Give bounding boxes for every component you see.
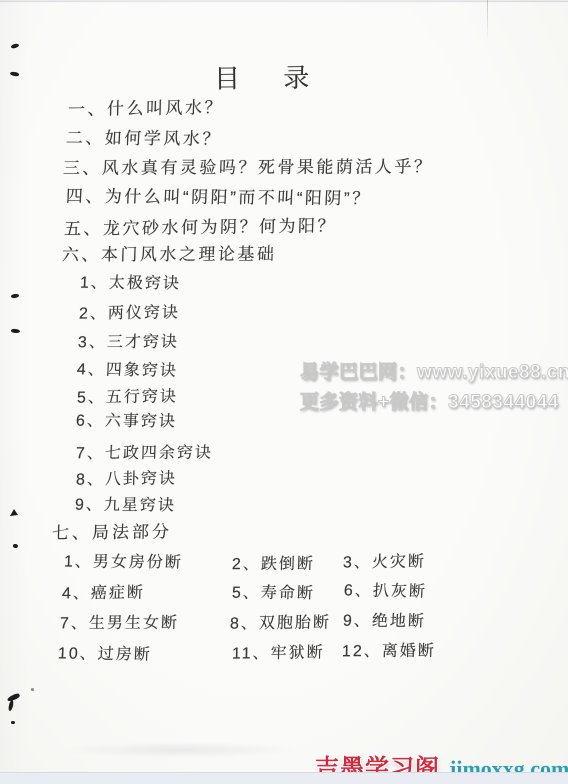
- scanned-notebook-page: 目 录 一、什么叫风水？ 二、如何学风水？ 三、风水真有灵验吗？死骨果能荫活人乎…: [0, 0, 568, 784]
- ink-speck: [13, 544, 18, 548]
- toc-main-item-2: 二、如何学风水？: [65, 123, 222, 149]
- toc-main-item-4: 四、为什么叫“阴阳”而不叫“阳阴”？: [65, 182, 372, 209]
- judgment-item-2: 2、跌倒断: [232, 551, 316, 574]
- judgment-item-12: 12、离婚断: [342, 638, 437, 661]
- formula-item-2: 2、两仪窍诀: [79, 299, 180, 323]
- toc-main-item-5: 五、龙穴砂水何为阴？何为阳？: [64, 211, 338, 239]
- formula-item-7: 7、七政四余窍诀: [76, 440, 214, 464]
- center-watermark: 易学巴巴网：www.yixue88.cn 更多资料+微信：3458344044: [300, 358, 568, 418]
- ink-speck: [7, 693, 21, 703]
- formula-item-1: 1、太极窍诀: [80, 270, 182, 294]
- formula-item-4: 4、四象窍诀: [76, 356, 178, 380]
- scanner-edge-strip: [0, 772, 568, 784]
- right-crease: [487, 0, 488, 42]
- judgment-item-6: 6、扒灰断: [343, 577, 427, 601]
- section-header: 七、局法部分: [52, 517, 173, 543]
- ink-speck: [11, 293, 20, 298]
- judgment-item-5: 5、寿命断: [232, 580, 316, 604]
- judgment-item-11: 11、牢狱断: [232, 639, 325, 663]
- ink-speck: [11, 43, 20, 49]
- ink-speck: [11, 329, 20, 334]
- page-title: 目 录: [214, 57, 328, 95]
- scan-shadow: [60, 742, 300, 758]
- formula-item-3: 3、三才窍诀: [78, 329, 180, 352]
- formula-item-8: 8、八卦窍诀: [76, 465, 177, 489]
- judgment-item-4: 4、癌症断: [62, 579, 145, 603]
- judgment-item-3: 3、火灾断: [343, 548, 426, 572]
- formula-item-5: 5、五行窍诀: [77, 383, 178, 407]
- judgment-item-8: 8、双胞胎断: [230, 609, 331, 633]
- toc-main-item-3: 三、风水真有灵验吗？死骨果能荫活人乎？: [63, 152, 434, 179]
- watermark-site-line: 易学巴巴网：www.yixue88.cn: [300, 358, 568, 388]
- ink-speck: [31, 688, 34, 691]
- judgment-item-10: 10、过房断: [57, 640, 152, 664]
- top-crease: [0, 1, 568, 2]
- toc-main-item-6: 六、本门风水之理论基础: [62, 240, 277, 266]
- watermark-wechat-line: 更多资料+微信：3458344044: [300, 388, 568, 418]
- ink-speck: [10, 71, 20, 77]
- judgment-item-7: 7、生男生女断: [60, 610, 180, 634]
- judgment-item-9: 9、绝地断: [343, 608, 427, 632]
- ink-speck: [10, 509, 18, 516]
- judgment-item-1: 1、男女房份断: [64, 549, 184, 573]
- ink-speck: [11, 721, 15, 724]
- formula-item-6: 6、六事窍诀: [76, 408, 178, 432]
- toc-main-item-1: 一、什么叫风水？: [68, 93, 225, 120]
- formula-item-9: 9、九星窍诀: [75, 492, 177, 516]
